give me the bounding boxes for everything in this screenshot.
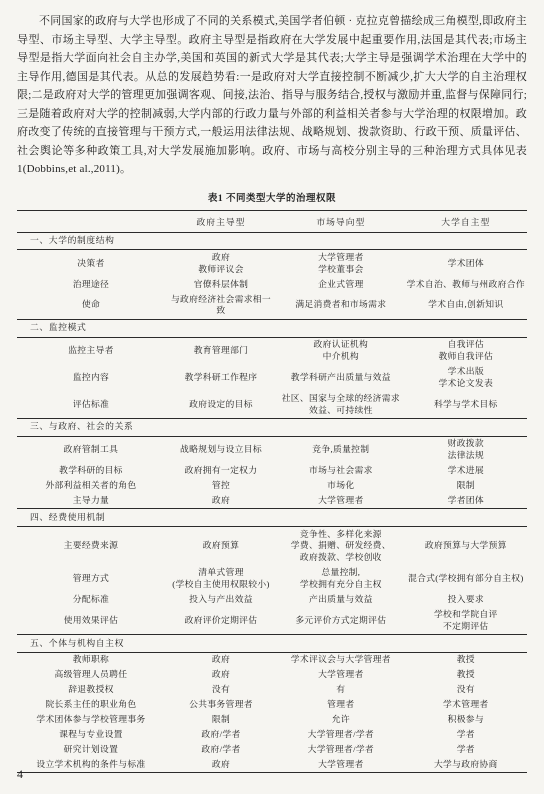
row-label: 外部利益相关者的角色 [17,478,165,493]
table-cell: 产出质量与效益 [277,592,405,607]
table-cell: 学术管理者 [405,698,527,713]
row-label: 课程与专业设置 [17,727,165,742]
table-row: 管理方式清单式管理 (学校自主使用权限较小)总量控制, 学校拥有充分自主权混合式… [17,566,527,593]
table-cell: 政府/学者 [165,727,277,742]
table-row: 治理途径官僚科层体制企业式管理学术自治、教师与州政府合作 [17,277,527,292]
table-header-row: 政府主导型 市场导向型 大学自主型 [17,210,527,232]
table-cell: 学术评议会与大学管理者 [277,652,405,667]
table-cell: 没有 [165,683,277,698]
table-cell: 投入与产出效益 [165,592,277,607]
table-cell: 政府预算与大学预算 [405,527,527,566]
section-header: 三、与政府、社会的关系 [17,418,527,436]
table-row: 外部利益相关者的角色管控市场化限制 [17,478,527,493]
table-cell: 政府 [165,757,277,772]
table-cell: 大学管理者/学者 [277,742,405,757]
row-label: 决策者 [17,250,165,277]
table-cell: 学术进展 [405,464,527,479]
table-cell: 学校和学院自评 不定期评估 [405,607,527,634]
table-row: 学术团体参与学校管理事务限制允许积极参与 [17,712,527,727]
table-cell: 政府预算 [165,527,277,566]
table-cell: 社区、国家与全球的经济需求 效益、可持续性 [277,391,405,418]
table-cell: 科学与学术目标 [405,391,527,418]
table-cell: 大学与政府协商 [405,757,527,772]
row-label: 使用效果评估 [17,607,165,634]
table-cell: 市场化 [277,478,405,493]
table-cell: 政府 [165,652,277,667]
table-row: 教学科研的目标政府拥有一定权力市场与社会需求学术进展 [17,464,527,479]
row-label: 教学科研的目标 [17,464,165,479]
column-header-university-autonomous: 大学自主型 [405,210,527,232]
table-cell: 多元评价方式定期评估 [277,607,405,634]
table-cell: 管控 [165,478,277,493]
section-header-row: 四、经费使用机制 [17,509,527,527]
table-cell: 战略规划与设立目标 [165,436,277,463]
table-cell: 学术团体 [405,250,527,277]
table-cell: 市场与社会需求 [277,464,405,479]
row-label: 监控主导者 [17,337,165,364]
section-header: 二、监控模式 [17,319,527,337]
row-label: 高级管理人员聘任 [17,668,165,683]
table-cell: 投入要求 [405,592,527,607]
table-cell: 学者团体 [405,493,527,508]
table-cell: 积极参与 [405,712,527,727]
table-cell: 政府评价定期评估 [165,607,277,634]
table-cell: 政府 [165,493,277,508]
table-row: 监控主导者教育管理部门政府认证机构 中介机构自我评估 教师自我评估 [17,337,527,364]
table-row: 政府管制工具战略规划与设立目标竞争,质量控制财政拨款 法律法规 [17,436,527,463]
row-label: 主导力量 [17,493,165,508]
table-cell: 教学科研产出质量与效益 [277,364,405,391]
table-cell: 教授 [405,652,527,667]
row-label: 院长系主任的职业角色 [17,698,165,713]
table-cell: 政府 [165,668,277,683]
table-row: 评估标准政府设定的目标社区、国家与全球的经济需求 效益、可持续性科学与学术目标 [17,391,527,418]
table-cell: 公共事务管理者 [165,698,277,713]
governance-table: 政府主导型 市场导向型 大学自主型 一、大学的制度结构决策者政府 教师评议会大学… [17,210,527,773]
paper-page: 不同国家的政府与大学也形成了不同的关系模式,美国学者伯顿 · 克拉克曾描绘成三角… [0,0,544,794]
section-header-row: 一、大学的制度结构 [17,232,527,250]
table-cell: 自我评估 教师自我评估 [405,337,527,364]
table-cell: 财政拨款 法律法规 [405,436,527,463]
table-cell: 有 [277,683,405,698]
table-cell: 限制 [405,478,527,493]
table-cell: 学术自治、教师与州政府合作 [405,277,527,292]
table-cell: 大学管理者 学校董事会 [277,250,405,277]
table-cell: 企业式管理 [277,277,405,292]
table-cell: 竞争,质量控制 [277,436,405,463]
table-cell: 混合式(学校拥有部分自主权) [405,566,527,593]
column-header-government-led: 政府主导型 [165,210,277,232]
section-header: 一、大学的制度结构 [17,232,527,250]
table-cell: 政府/学者 [165,742,277,757]
row-label: 监控内容 [17,364,165,391]
row-label: 研究计划设置 [17,742,165,757]
section-header: 五、个体与机构自主权 [17,635,527,653]
column-header-rowlabel [17,210,165,232]
row-label: 分配标准 [17,592,165,607]
table-cell: 大学管理者 [277,668,405,683]
row-label: 学术团体参与学校管理事务 [17,712,165,727]
table-cell: 学者 [405,727,527,742]
row-label: 教师职称 [17,652,165,667]
section-header: 四、经费使用机制 [17,509,527,527]
row-label: 辞退教授权 [17,683,165,698]
table-cell: 学术出版 学术论文发表 [405,364,527,391]
section-header-row: 二、监控模式 [17,319,527,337]
table-row: 监控内容教学科研工作程序教学科研产出质量与效益学术出版 学术论文发表 [17,364,527,391]
table-cell: 政府认证机构 中介机构 [277,337,405,364]
row-label: 管理方式 [17,566,165,593]
table-row: 分配标准投入与产出效益产出质量与效益投入要求 [17,592,527,607]
table-cell: 官僚科层体制 [165,277,277,292]
table-cell: 大学管理者 [277,493,405,508]
table-cell: 大学管理者 [277,757,405,772]
table-cell: 总量控制, 学校拥有充分自主权 [277,566,405,593]
row-label: 设立学术机构的条件与标准 [17,757,165,772]
table-cell: 学者 [405,742,527,757]
table-row: 课程与专业设置政府/学者大学管理者/学者学者 [17,727,527,742]
table-row: 使用效果评估政府评价定期评估多元评价方式定期评估学校和学院自评 不定期评估 [17,607,527,634]
row-label: 主要经费来源 [17,527,165,566]
table-cell: 政府 教师评议会 [165,250,277,277]
table-cell: 与政府经济社会需求相一致 [165,292,277,319]
table-row: 院长系主任的职业角色公共事务管理者管理者学术管理者 [17,698,527,713]
table-cell: 限制 [165,712,277,727]
table-cell: 教育管理部门 [165,337,277,364]
table-cell: 没有 [405,683,527,698]
table-cell: 管理者 [277,698,405,713]
table-cell: 清单式管理 (学校自主使用权限较小) [165,566,277,593]
row-label: 政府管制工具 [17,436,165,463]
table-row: 使命与政府经济社会需求相一致满足消费者和市场需求学术自由,创新知识 [17,292,527,319]
table-cell: 教授 [405,668,527,683]
row-label: 使命 [17,292,165,319]
table-cell: 允许 [277,712,405,727]
row-label: 治理途径 [17,277,165,292]
table-row: 教师职称政府学术评议会与大学管理者教授 [17,652,527,667]
table-row: 主导力量政府大学管理者学者团体 [17,493,527,508]
table-title: 表1 不同类型大学的治理权限 [17,190,527,204]
table-row: 主要经费来源政府预算竞争性、多样化来源 学费、捐赠、研发经费、 政府拨款、学校创… [17,527,527,566]
section-header-row: 三、与政府、社会的关系 [17,418,527,436]
row-label: 评估标准 [17,391,165,418]
body-paragraph: 不同国家的政府与大学也形成了不同的关系模式,美国学者伯顿 · 克拉克曾描绘成三角… [17,12,527,179]
table-cell: 大学管理者/学者 [277,727,405,742]
table-row: 研究计划设置政府/学者大学管理者/学者学者 [17,742,527,757]
column-header-market-oriented: 市场导向型 [277,210,405,232]
table-row: 决策者政府 教师评议会大学管理者 学校董事会学术团体 [17,250,527,277]
table-cell: 竞争性、多样化来源 学费、捐赠、研发经费、 政府拨款、学校创收 [277,527,405,566]
table-cell: 学术自由,创新知识 [405,292,527,319]
table-cell: 满足消费者和市场需求 [277,292,405,319]
section-header-row: 五、个体与机构自主权 [17,635,527,653]
table-cell: 政府拥有一定权力 [165,464,277,479]
table-cell: 政府设定的目标 [165,391,277,418]
table-row: 辞退教授权没有有没有 [17,683,527,698]
page-number: 4 [17,767,23,782]
table-row: 高级管理人员聘任政府大学管理者教授 [17,668,527,683]
table-row: 设立学术机构的条件与标准政府大学管理者大学与政府协商 [17,757,527,772]
table-cell: 教学科研工作程序 [165,364,277,391]
